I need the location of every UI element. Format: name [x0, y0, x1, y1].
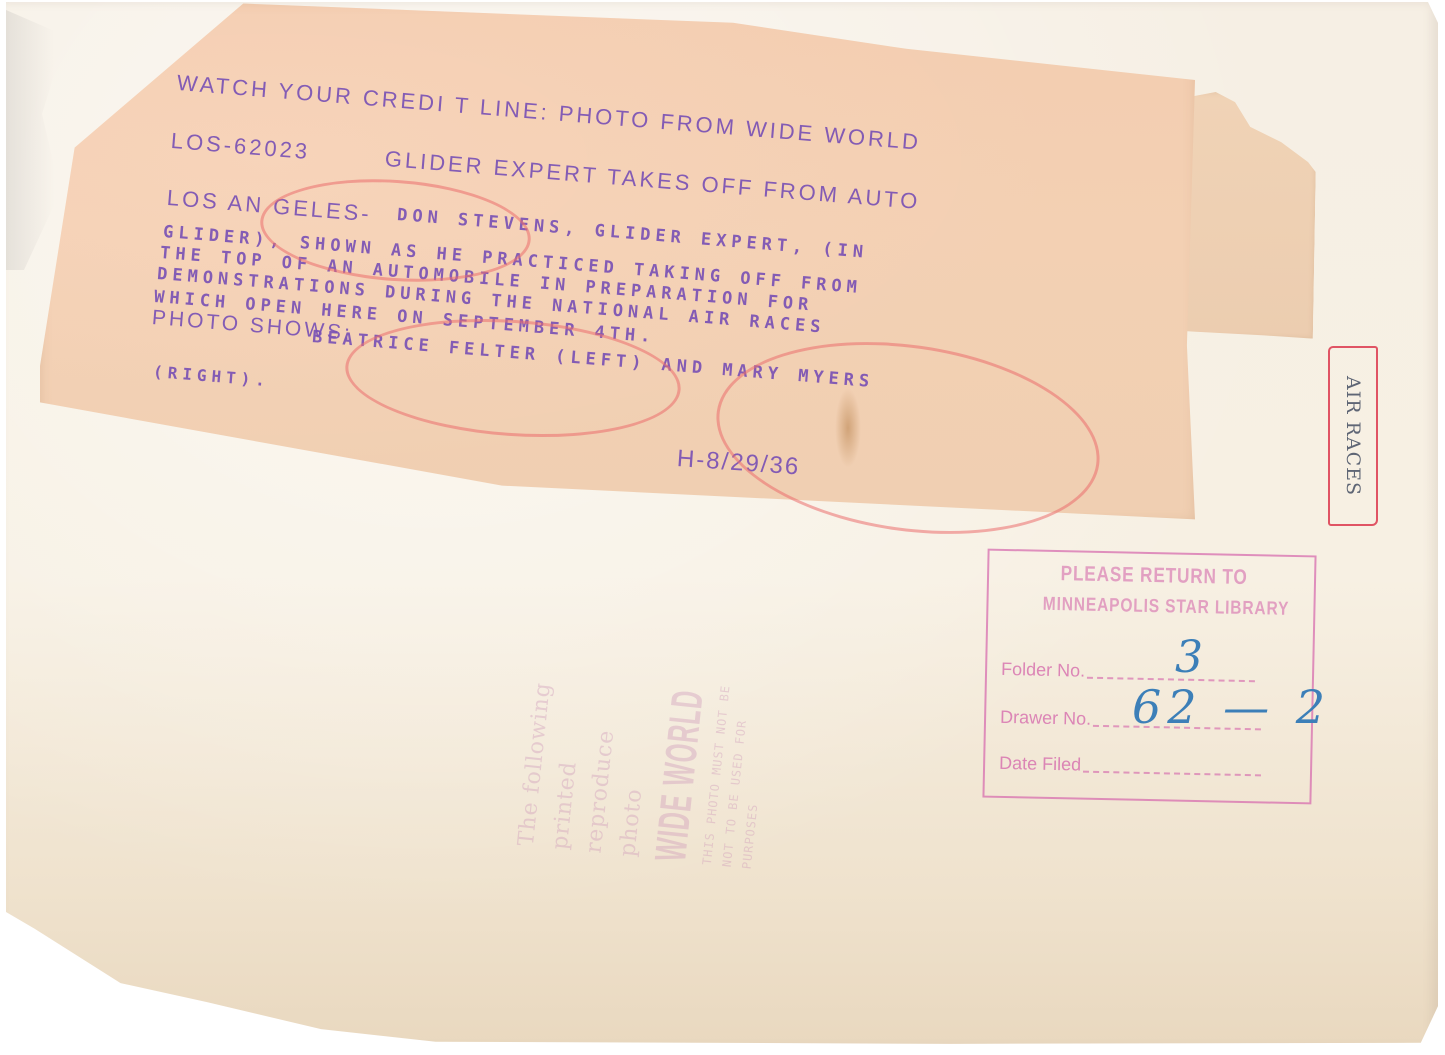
subject-tag-label: AIR RACES [1342, 376, 1364, 496]
stamp-field-label: Date Filed [999, 753, 1081, 776]
paper-stain [835, 388, 861, 468]
library-return-stamp: PLEASE RETURN TO MINNEAPOLIS STAR LIBRAR… [982, 549, 1316, 805]
stamp-title-line: PLEASE RETURN TO [1043, 562, 1265, 591]
stamp-field-label: Folder No. [1001, 659, 1085, 682]
subject-tag: AIR RACES [1328, 346, 1378, 526]
handwritten-drawer-number: 62 — 2 [1132, 680, 1331, 734]
scanned-photo-back: The following printed reproduce photo WI… [0, 0, 1445, 1055]
handwritten-folder-number: 3 [1175, 632, 1203, 683]
stamp-field-rule [1083, 771, 1261, 777]
stamp-title-line: MINNEAPOLIS STAR LIBRARY [1043, 594, 1265, 621]
stamp-field-label: Drawer No. [1000, 707, 1091, 730]
stamp-field-date-filed: Date Filed [999, 753, 1261, 779]
